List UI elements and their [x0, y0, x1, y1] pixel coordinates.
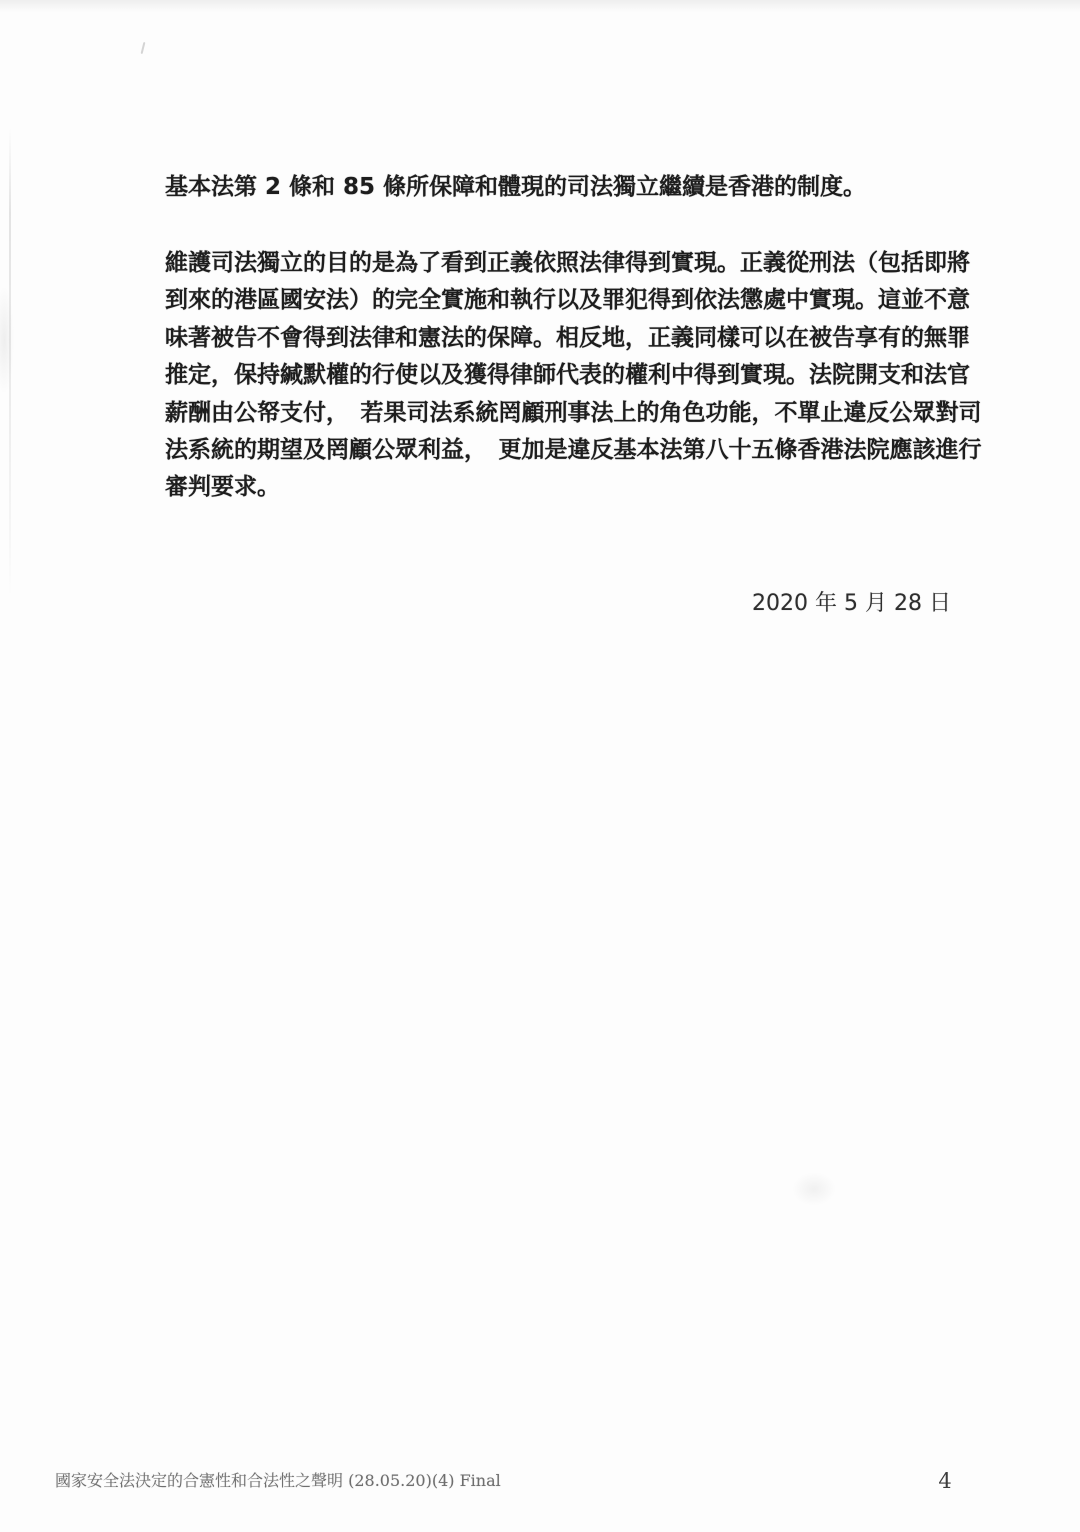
- paragraph-line: 味著被告不會得到法律和憲法的保障。相反地，正義同樣可以在被告享有的無罪: [165, 320, 977, 357]
- document-date: 2020 年 5 月 28 日: [165, 589, 951, 619]
- scan-speck-artifact: [141, 42, 146, 54]
- paragraph-line: 到來的港區國安法）的完全實施和執行以及罪犯得到依法懲處中實現。這並不意: [165, 282, 977, 319]
- body-paragraph-2: 維護司法獨立的目的是為了看到正義依照法律得到實現。正義從刑法（包括即將到來的港區…: [165, 245, 977, 507]
- paragraph-line: 推定，保持緘默權的行使以及獲得律師代表的權利中得到實現。法院開支和法官: [165, 357, 977, 394]
- paragraph-line: 法系統的期望及罔顧公眾利益， 更加是違反基本法第八十五條香港法院應該進行: [165, 432, 977, 469]
- scanned-document-page: 基本法第 2 條和 85 條所保障和體現的司法獨立繼續是香港的制度。 維護司法獨…: [0, 0, 1080, 1532]
- scan-crease-artifact: [0, 285, 14, 395]
- footer-filename: 國家安全法決定的合憲性和合法性之聲明 (28.05.20)(4) Final: [55, 1471, 501, 1491]
- scan-smudge-artifact: [792, 1172, 836, 1206]
- paragraph-line: 審判要求。: [165, 469, 977, 506]
- paragraph-line: 維護司法獨立的目的是為了看到正義依照法律得到實現。正義從刑法（包括即將: [165, 245, 977, 282]
- body-paragraph-1: 基本法第 2 條和 85 條所保障和體現的司法獨立繼續是香港的制度。: [165, 169, 977, 206]
- page-number: 4: [930, 1468, 960, 1494]
- paragraph-line: 薪酬由公帑支付， 若果司法系統罔顧刑事法上的角色功能，不單止違反公眾對司: [165, 395, 977, 432]
- scan-edge-shadow: [0, 0, 1080, 12]
